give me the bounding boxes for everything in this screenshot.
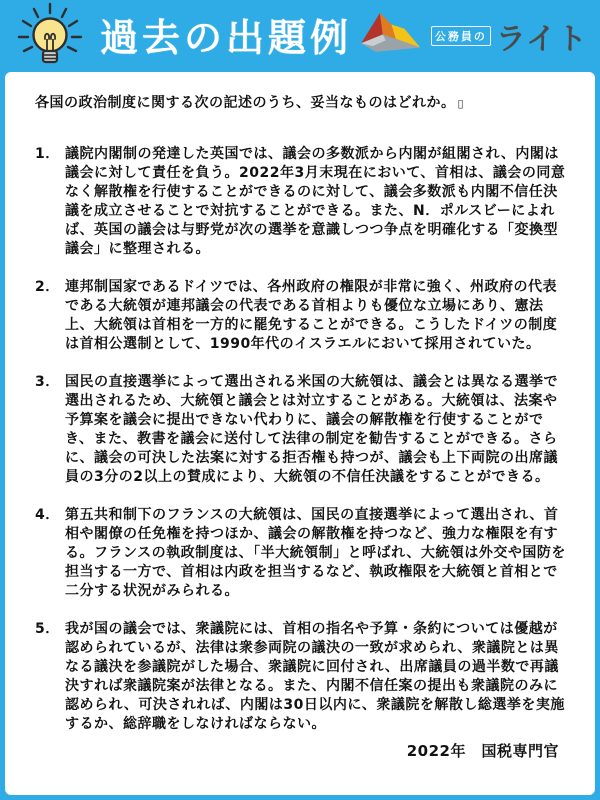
option-2: 2． 連邦制国家であるドイツでは、各州政府の権限が非常に強く、州政府の代表である… [35,278,567,354]
option-1-text: 議院内閣制の発達した英国では、議会の多数派から内閣が組閣され、内閣は議会に対して… [65,145,567,259]
exam-sheet: 過去の出題例 公務員の ライト 各国の政治制度に関する次の記述のうち、妥当なもの… [0,0,600,800]
option-2-number: 2． [35,278,65,354]
option-5-number: 5． [35,620,65,734]
option-5-text: 我が国の議会では、衆議院には、首相の指名や予算・条約については優越が認められてい… [65,620,567,734]
question-text: 各国の政治制度に関する次の記述のうち、妥当なものはどれか。 [35,95,456,111]
header-banner: 過去の出題例 公務員の ライト [0,0,600,72]
option-4-text: 第五共和制下のフランスの大統領は、国民の直接選挙によって選出され、首相や閣僚の任… [65,506,567,601]
question-line: 各国の政治制度に関する次の記述のうち、妥当なものはどれか。▯ [35,94,567,113]
option-1: 1． 議院内閣制の発達した英国では、議会の多数派から内閣が組閣され、内閣は議会に… [35,145,567,259]
missing-glyph: ▯ [458,94,465,113]
option-3: 3． 国民の直接選挙によって選出される米国の大統領は、議会とは異なる選挙で選出さ… [35,373,567,487]
option-3-number: 3． [35,373,65,487]
question-card: 各国の政治制度に関する次の記述のうち、妥当なものはどれか。▯ 1． 議院内閣制の… [5,72,595,795]
option-5: 5． 我が国の議会では、衆議院には、首相の指名や予算・条約については優越が認めら… [35,620,567,734]
brand-large-text: ライト [496,14,588,58]
lightbulb-icon [14,1,86,71]
option-4-number: 4． [35,506,65,601]
source-citation: 2022年 国税専門官 [35,742,567,761]
page-title: 過去の出題例 [100,7,352,62]
option-1-number: 1． [35,145,65,259]
paper-plane-icon [354,11,426,61]
brand-small-text: 公務員の [431,26,491,46]
option-2-text: 連邦制国家であるドイツでは、各州政府の権限が非常に強く、州政府の代表である大統領… [65,278,567,354]
brand-logo: 公務員の ライト [354,11,588,61]
option-4: 4． 第五共和制下のフランスの大統領は、国民の直接選挙によって選出され、首相や閣… [35,506,567,601]
option-3-text: 国民の直接選挙によって選出される米国の大統領は、議会とは異なる選挙で選出されるた… [65,373,567,487]
